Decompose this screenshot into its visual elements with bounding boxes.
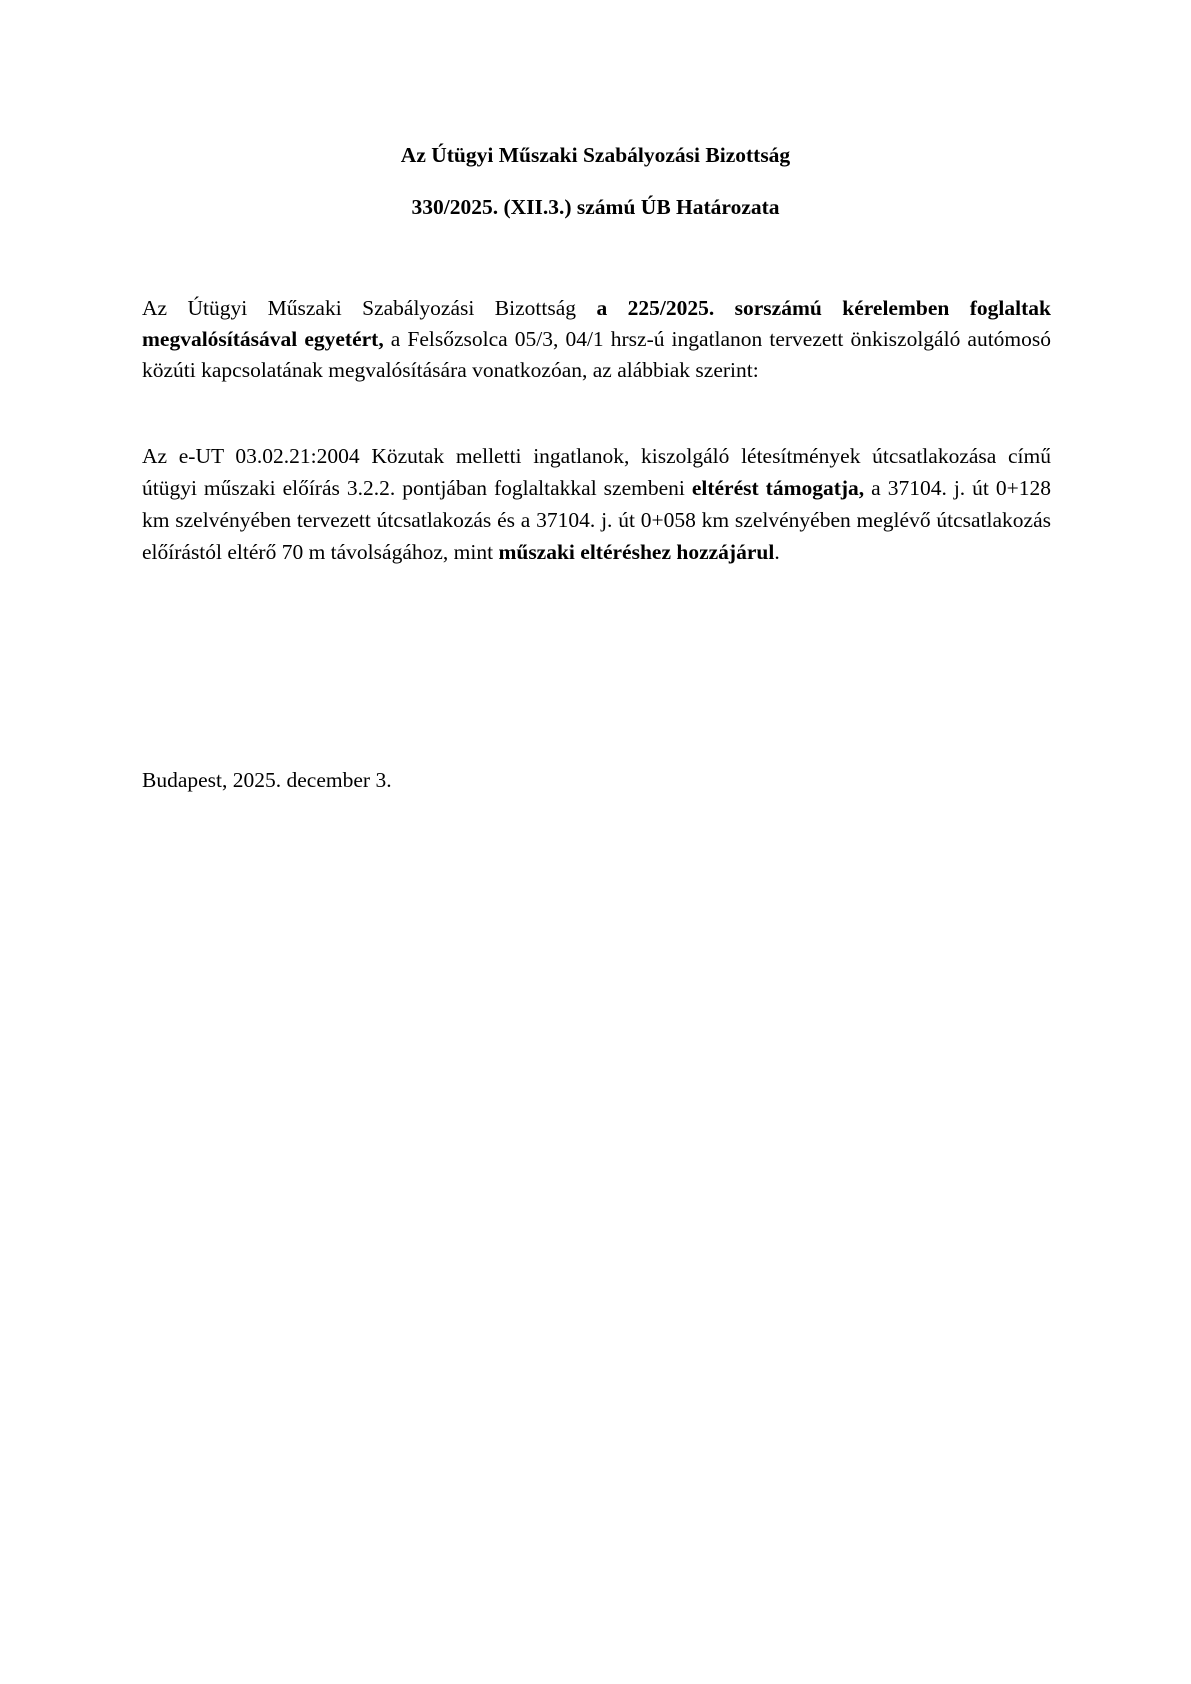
- document-page: Az Útügyi Műszaki Szabályozási Bizottság…: [0, 0, 1191, 1684]
- paragraph-decision: Az Útügyi Műszaki Szabályozási Bizottság…: [142, 293, 1051, 386]
- document-title-committee: Az Útügyi Műszaki Szabályozási Bizottság: [0, 142, 1191, 168]
- paragraph-deviation-seg-3-bold: műszaki eltéréshez hozzájárul: [498, 540, 774, 564]
- document-title-resolution-number: 330/2025. (XII.3.) számú ÚB Határozata: [0, 194, 1191, 220]
- paragraph-decision-seg-0: Az Útügyi Műszaki Szabályozási Bizottság: [142, 296, 596, 320]
- paragraph-deviation: Az e-UT 03.02.21:2004 Közutak melletti i…: [142, 440, 1051, 568]
- paragraph-deviation-seg-4: .: [774, 540, 779, 564]
- place-and-date: Budapest, 2025. december 3.: [142, 767, 392, 793]
- paragraph-deviation-seg-1-bold: eltérést támogatja,: [692, 476, 864, 500]
